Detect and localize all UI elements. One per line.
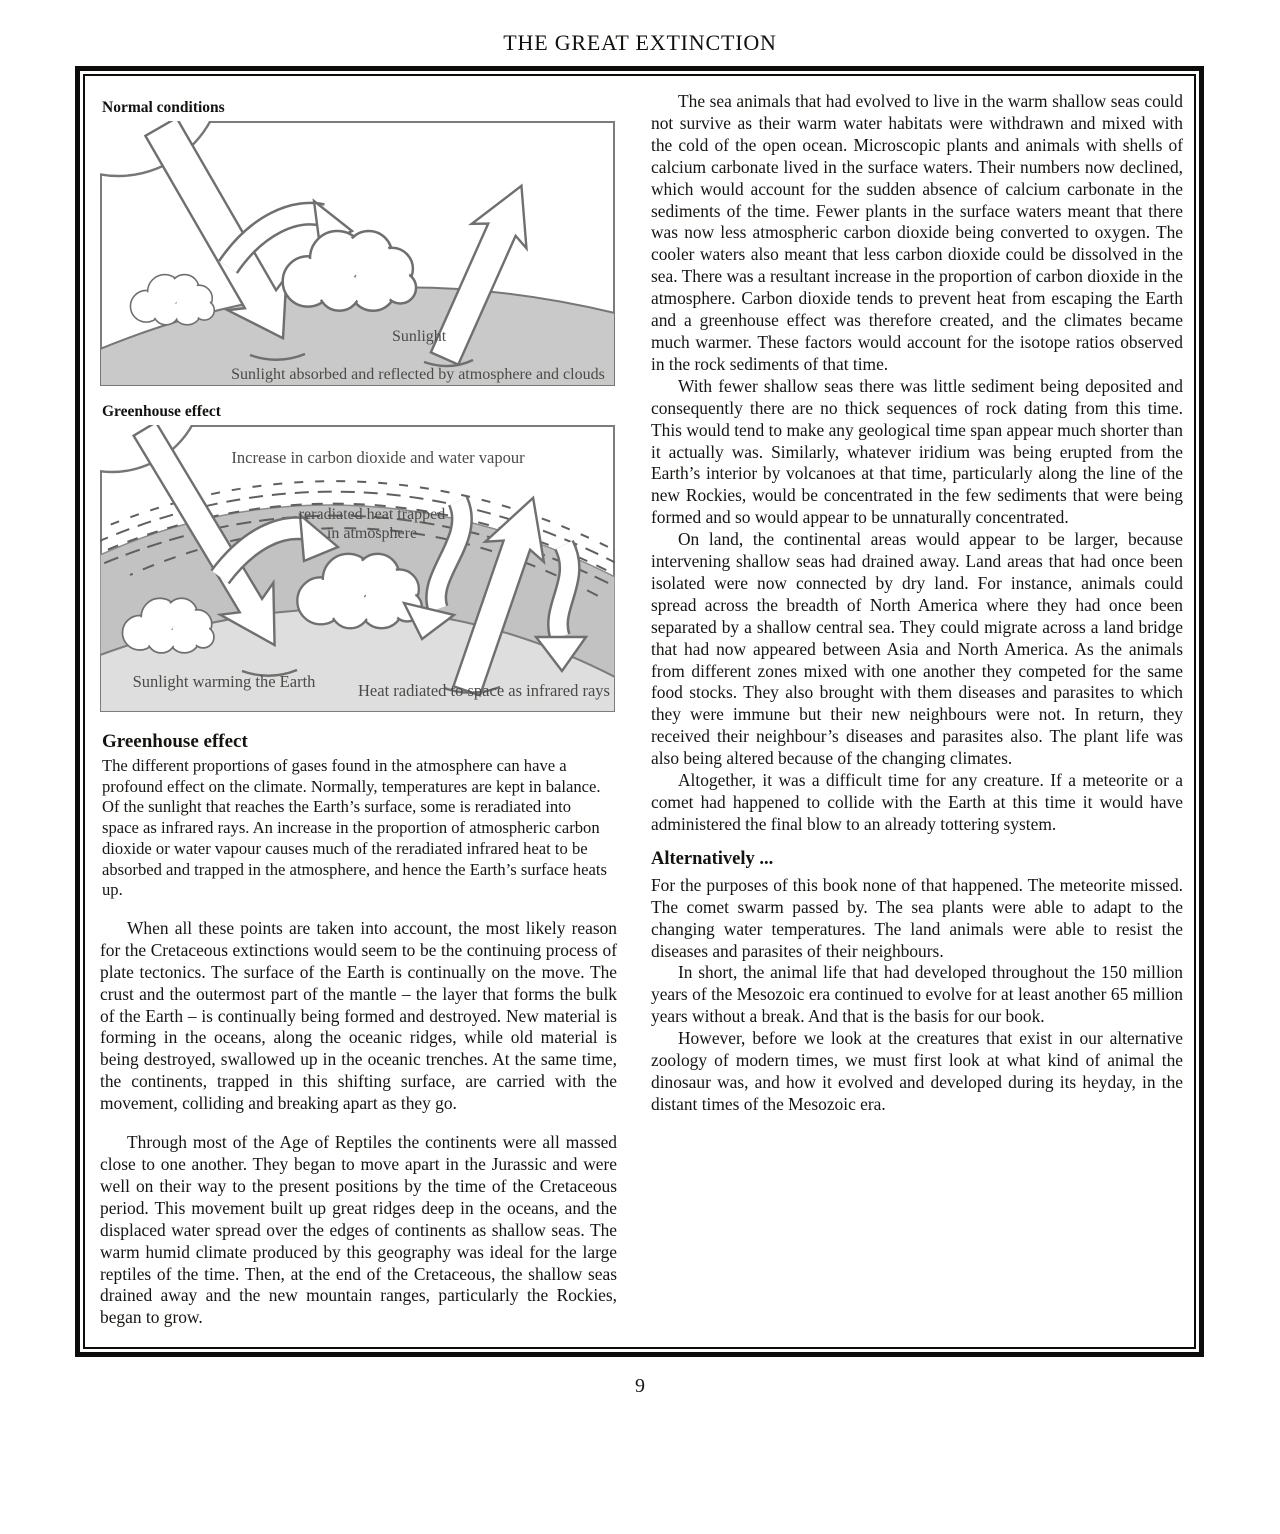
sunlight-annotation: Sunlight warming the Earth xyxy=(133,672,317,691)
figure-greenhouse-label: Greenhouse effect xyxy=(102,403,617,421)
co2-annotation: Increase in carbon dioxide and water vap… xyxy=(231,448,525,467)
figure-normal-conditions: Sunlight Sunlight absorbed and reflected… xyxy=(100,121,617,386)
caption-body: The different proportions of gases found… xyxy=(102,756,608,901)
caption-heading: Greenhouse effect xyxy=(102,731,608,753)
normal-conditions-diagram: Sunlight Sunlight absorbed and reflected… xyxy=(100,121,615,386)
right-paragraph-5: For the purposes of this book none of th… xyxy=(651,875,1183,963)
sunlight-annotation: Sunlight xyxy=(392,328,447,345)
heat-annotation: Heat radiated to space as infrared rays xyxy=(358,681,610,700)
right-paragraph-2: With fewer shallow seas there was little… xyxy=(651,376,1183,529)
right-paragraph-4: Altogether, it was a difficult time for … xyxy=(651,770,1183,836)
greenhouse-effect-diagram: Increase in carbon dioxide and water vap… xyxy=(100,425,615,712)
page-number: 9 xyxy=(0,1375,1280,1398)
alternatively-heading: Alternatively ... xyxy=(651,849,1183,870)
left-paragraph-2: Through most of the Age of Reptiles the … xyxy=(100,1132,617,1329)
trapped-annotation-line1: reradiated heat trapped xyxy=(299,506,446,523)
right-paragraph-6: In short, the animal life that had devel… xyxy=(651,962,1183,1028)
right-paragraph-7: However, before we look at the creatures… xyxy=(651,1028,1183,1116)
right-paragraph-3: On land, the continental areas would app… xyxy=(651,529,1183,770)
left-column: Normal conditions xyxy=(100,91,617,1347)
right-column: The sea animals that had evolved to live… xyxy=(651,91,1183,1347)
left-paragraph-1: When all these points are taken into acc… xyxy=(100,918,617,1115)
figure-greenhouse-effect: Increase in carbon dioxide and water vap… xyxy=(100,425,617,712)
page-frame-inner: Normal conditions xyxy=(83,74,1196,1349)
trapped-annotation-line2: in atmosphere xyxy=(327,525,417,542)
right-paragraph-1: The sea animals that had evolved to live… xyxy=(651,91,1183,376)
page-title: THE GREAT EXTINCTION xyxy=(0,30,1280,56)
two-column-layout: Normal conditions xyxy=(85,76,1194,1347)
figure-caption-block: Greenhouse effect The different proporti… xyxy=(100,731,608,901)
figure-normal-caption: Sunlight absorbed and reflected by atmos… xyxy=(231,366,605,383)
page-frame: Normal conditions xyxy=(75,66,1204,1357)
figure-normal-label: Normal conditions xyxy=(102,99,617,117)
